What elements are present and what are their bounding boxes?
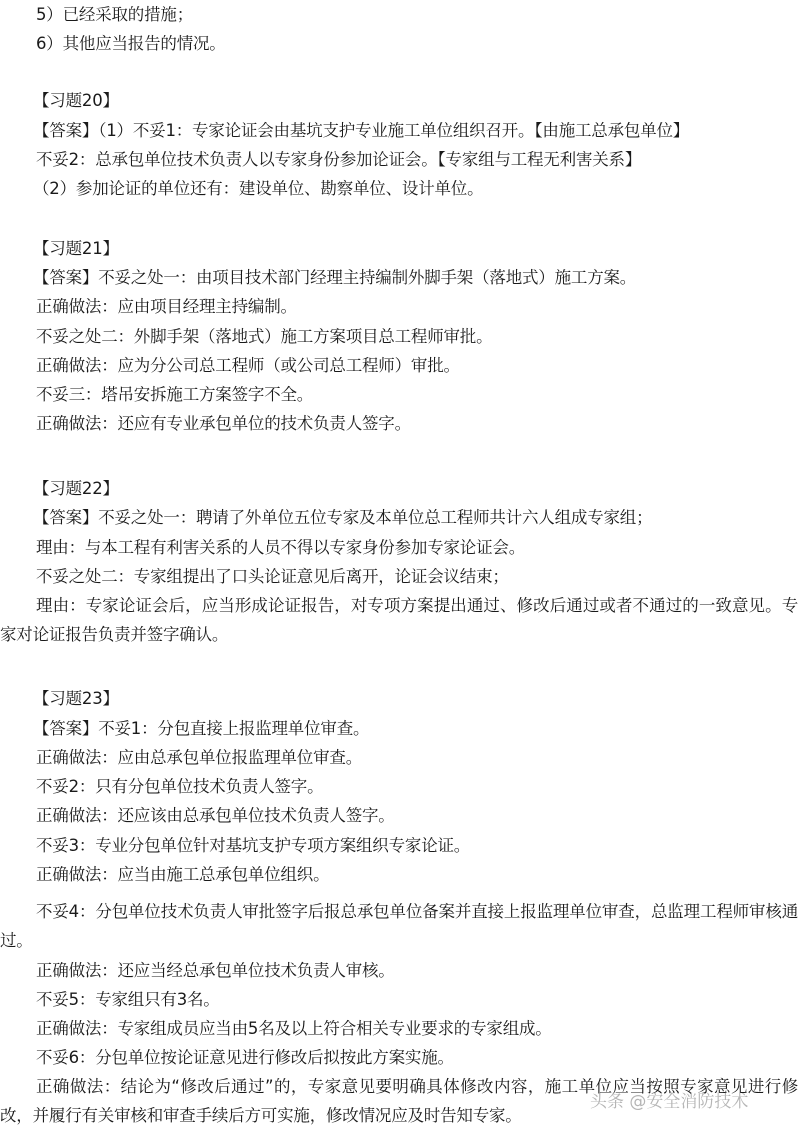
exercise-20-title: 【习题20】 (0, 86, 798, 115)
answer-line: 不妥3：专业分包单位针对基坑支护专项方案组织专家论证。 (0, 831, 798, 860)
answer-line: 正确做法：专家组成员应当由5名及以上符合相关专业要求的专家组成。 (0, 1014, 798, 1043)
answer-line: 正确做法：应由总承包单位报监理单位审查。 (0, 743, 798, 772)
answer-line: 不妥之处二：专家组提出了口头论证意见后离开，论证会议结束； (0, 562, 798, 591)
answer-line: 【答案】不妥1：分包直接上报监理单位审查。 (0, 714, 798, 743)
answer-line: 正确做法：应当由施工总承包单位组织。 (0, 860, 798, 889)
answer-line: 不妥三：塔吊安拆施工方案签字不全。 (0, 380, 798, 409)
answer-paragraph: 理由：专家论证会后，应当形成论证报告，对专项方案提出通过、修改后通过或者不通过的… (0, 591, 798, 649)
exercise-21-title: 【习题21】 (0, 234, 798, 263)
answer-line: 正确做法：应由项目经理主持编制。 (0, 292, 798, 321)
answer-line: （2）参加论证的单位还有：建设单位、勘察单位、设计单位。 (0, 174, 798, 203)
exercise-22-title: 【习题22】 (0, 474, 798, 503)
answer-line: 不妥5：专家组只有3名。 (0, 985, 798, 1014)
answer-line: 【答案】不妥之处一：由项目技术部门经理主持编制外脚手架（落地式）施工方案。 (0, 263, 798, 292)
answer-line: 正确做法：还应有专业承包单位的技术负责人签字。 (0, 409, 798, 438)
answer-line: 不妥之处二：外脚手架（落地式）施工方案项目总工程师审批。 (0, 322, 798, 351)
answer-line: 【答案】不妥之处一：聘请了外单位五位专家及本单位总工程师共计六人组成专家组； (0, 503, 798, 532)
answer-paragraph: 不妥4：分包单位技术负责人审批签字后报总承包单位备案并直接上报监理单位审查，总监… (0, 897, 798, 955)
answer-line: 理由：与本工程有利害关系的人员不得以专家身份参加专家论证会。 (0, 533, 798, 562)
answer-line: 不妥2：只有分包单位技术负责人签字。 (0, 772, 798, 801)
answer-line: 正确做法：还应该由总承包单位技术负责人签字。 (0, 801, 798, 830)
answer-line: 正确做法：还应当经总承包单位技术负责人审核。 (0, 956, 798, 985)
answer-line: 【答案】（1）不妥1：专家论证会由基坑支护专业施工单位组织召开。【由施工总承包单… (0, 116, 798, 145)
list-item: 6）其他应当报告的情况。 (0, 29, 798, 58)
answer-line: 不妥2：总承包单位技术负责人以专家身份参加论证会。【专家组与工程无利害关系】 (0, 145, 798, 174)
exercise-23-title: 【习题23】 (0, 684, 798, 713)
answer-line: 不妥6：分包单位按论证意见进行修改后拟按此方案实施。 (0, 1043, 798, 1072)
answer-line: 正确做法：应为分公司总工程师（或公司总工程师）审批。 (0, 351, 798, 380)
list-item: 5）已经采取的措施； (0, 0, 798, 29)
watermark: 头条 @安全消防技术 (590, 1087, 748, 1112)
